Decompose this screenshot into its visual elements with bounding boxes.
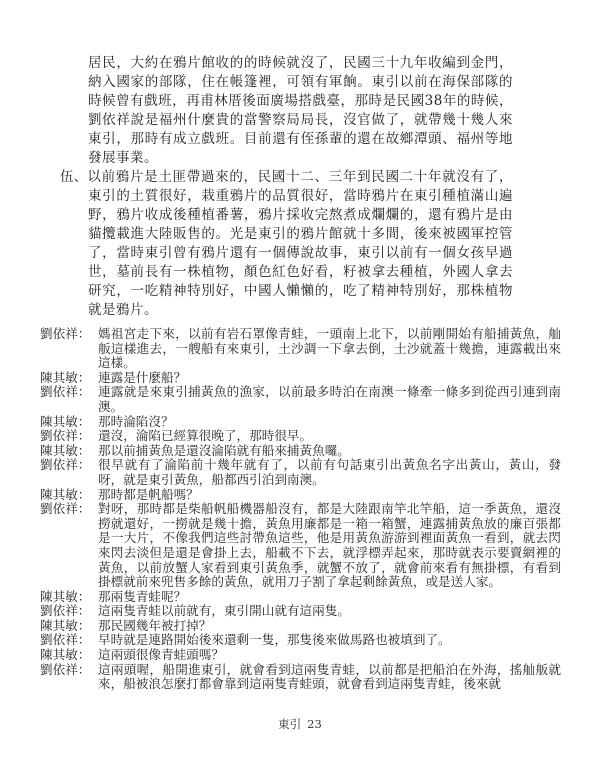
dialogue-speaker: 劉依祥： xyxy=(40,429,98,444)
dialogue-text: 那時都是帆船嗎？ xyxy=(98,488,561,503)
dialogue-row: 陳其敏： 那以前捕黃魚是還沒淪陷就有船來捕黃魚囉。 xyxy=(40,444,561,459)
dialogue-row: 劉依祥： 連露就是來東引捕黃魚的漁家，以前最多時泊在南澳一條牽一條多到從西引連到… xyxy=(40,385,561,414)
footer-page-number: 23 xyxy=(307,717,322,731)
dialogue-text: 那時淪陷沒？ xyxy=(98,415,561,430)
dialogue-speaker: 劉依祥： xyxy=(40,502,98,517)
narrative-section: 居民，大約在鴉片館收的的時候就沒了，民國三十九年收編到金門，納入國家的部隊，住在… xyxy=(60,54,513,320)
dialogue-text: 對呀，那時都是柴船帆船機器船沒有，都是大陸跟南竿北竿船，這一季黃魚，還沒撈就還好… xyxy=(98,502,561,590)
dialogue-speaker: 劉依祥： xyxy=(40,633,98,648)
body-paragraph: 居民，大約在鴉片館收的的時候就沒了，民國三十九年收編到金門，納入國家的部隊，住在… xyxy=(88,54,513,168)
dialogue-text: 這兩隻青蛙以前就有，東引開山就有這兩隻。 xyxy=(98,604,561,619)
dialogue-row: 劉依祥： 這兩頭喔，船開進東引，就會看到這兩隻青蛙，以前都是把船泊在外海，搖舢舨… xyxy=(40,663,561,692)
dialogue-row: 劉依祥： 這兩隻青蛙以前就有，東引開山就有這兩隻。 xyxy=(40,604,561,619)
dialogue-text: 那兩隻青蛙呢？ xyxy=(98,590,561,605)
dialogue-text: 早時就是連路開始後來還剩一隻，那隻後來做馬路也被填到了。 xyxy=(98,633,561,648)
dialogue-speaker: 陳其敏： xyxy=(40,648,98,663)
paragraph-prefix: 伍、 xyxy=(60,169,87,185)
dialogue-row: 陳其敏： 那時淪陷沒？ xyxy=(40,415,561,430)
dialogue-row: 劉依祥： 媽祖宮走下來，以前有岩石罩像青蛙，一頭南上北下，以前剛開始有船捕黃魚，… xyxy=(40,327,561,371)
dialogue-speaker: 陳其敏： xyxy=(40,444,98,459)
dialogue-row: 陳其敏： 連露是什麼船？ xyxy=(40,371,561,386)
dialogue-row: 劉依祥： 對呀，那時都是柴船帆船機器船沒有，都是大陸跟南竿北竿船，這一季黃魚，還… xyxy=(40,502,561,590)
dialogue-row: 劉依祥： 很早就有了淪陷前十幾年就有了，以前有句話東引出黃魚名字出黃山，黃山，發… xyxy=(40,458,561,487)
page-footer: 東引23 xyxy=(0,716,600,732)
dialogue-speaker: 劉依祥： xyxy=(40,458,98,473)
dialogue-text: 連露是什麼船？ xyxy=(98,371,561,386)
dialogue-text: 媽祖宮走下來，以前有岩石罩像青蛙，一頭南上北下，以前剛開始有船捕黃魚，舢舨這樣進… xyxy=(98,327,561,371)
paragraph-text: 居民，大約在鴉片館收的的時候就沒了，民國三十九年收編到金門，納入國家的部隊，住在… xyxy=(88,55,513,166)
dialogue-speaker: 劉依祥： xyxy=(40,663,98,678)
dialogue-row: 陳其敏： 那時都是帆船嗎？ xyxy=(40,488,561,503)
dialogue-text: 還沒，淪陷已經算很晚了，那時很早。 xyxy=(98,429,561,444)
dialogue-speaker: 陳其敏： xyxy=(40,371,98,386)
dialogue-speaker: 劉依祥： xyxy=(40,385,98,400)
paragraph-text: 以前鴉片是土匪帶過來的，民國十二、三年到民國二十年就沒有了，東引的土質很好，栽重… xyxy=(87,169,513,318)
dialogue-row: 陳其敏： 這兩頭很像青蛙頭嗎？ xyxy=(40,648,561,663)
dialogue-text: 連露就是來東引捕黃魚的漁家，以前最多時泊在南澳一條牽一條多到從西引連到南澳。 xyxy=(98,385,561,414)
dialogue-row: 劉依祥： 還沒，淪陷已經算很晚了，那時很早。 xyxy=(40,429,561,444)
interview-transcript: 劉依祥： 媽祖宮走下來，以前有岩石罩像青蛙，一頭南上北下，以前剛開始有船捕黃魚，… xyxy=(40,327,561,692)
dialogue-speaker: 劉依祥： xyxy=(40,604,98,619)
dialogue-speaker: 劉依祥： xyxy=(40,327,98,342)
dialogue-speaker: 陳其敏： xyxy=(40,590,98,605)
dialogue-row: 陳其敏： 那兩隻青蛙呢？ xyxy=(40,590,561,605)
dialogue-row: 陳其敏： 那民國幾年被打掉？ xyxy=(40,619,561,634)
dialogue-text: 那民國幾年被打掉？ xyxy=(98,619,561,634)
dialogue-text: 這兩頭很像青蛙頭嗎？ xyxy=(98,648,561,663)
dialogue-text: 那以前捕黃魚是還沒淪陷就有船來捕黃魚囉。 xyxy=(98,444,561,459)
document-page: 居民，大約在鴉片館收的的時候就沒了，民國三十九年收編到金門，納入國家的部隊，住在… xyxy=(0,0,600,776)
dialogue-speaker: 陳其敏： xyxy=(40,619,98,634)
dialogue-speaker: 陳其敏： xyxy=(40,488,98,503)
body-paragraph: 伍、以前鴉片是土匪帶過來的，民國十二、三年到民國二十年就沒有了，東引的土質很好，… xyxy=(88,168,513,320)
dialogue-text: 很早就有了淪陷前十幾年就有了，以前有句話東引出黃魚名字出黃山，黃山，發呀，就是東… xyxy=(98,458,561,487)
dialogue-row: 劉依祥： 早時就是連路開始後來還剩一隻，那隻後來做馬路也被填到了。 xyxy=(40,633,561,648)
footer-location: 東引 xyxy=(278,717,301,731)
dialogue-text: 這兩頭喔，船開進東引，就會看到這兩隻青蛙，以前都是把船泊在外海，搖舢舨就來，船被… xyxy=(98,663,561,692)
dialogue-speaker: 陳其敏： xyxy=(40,415,98,430)
